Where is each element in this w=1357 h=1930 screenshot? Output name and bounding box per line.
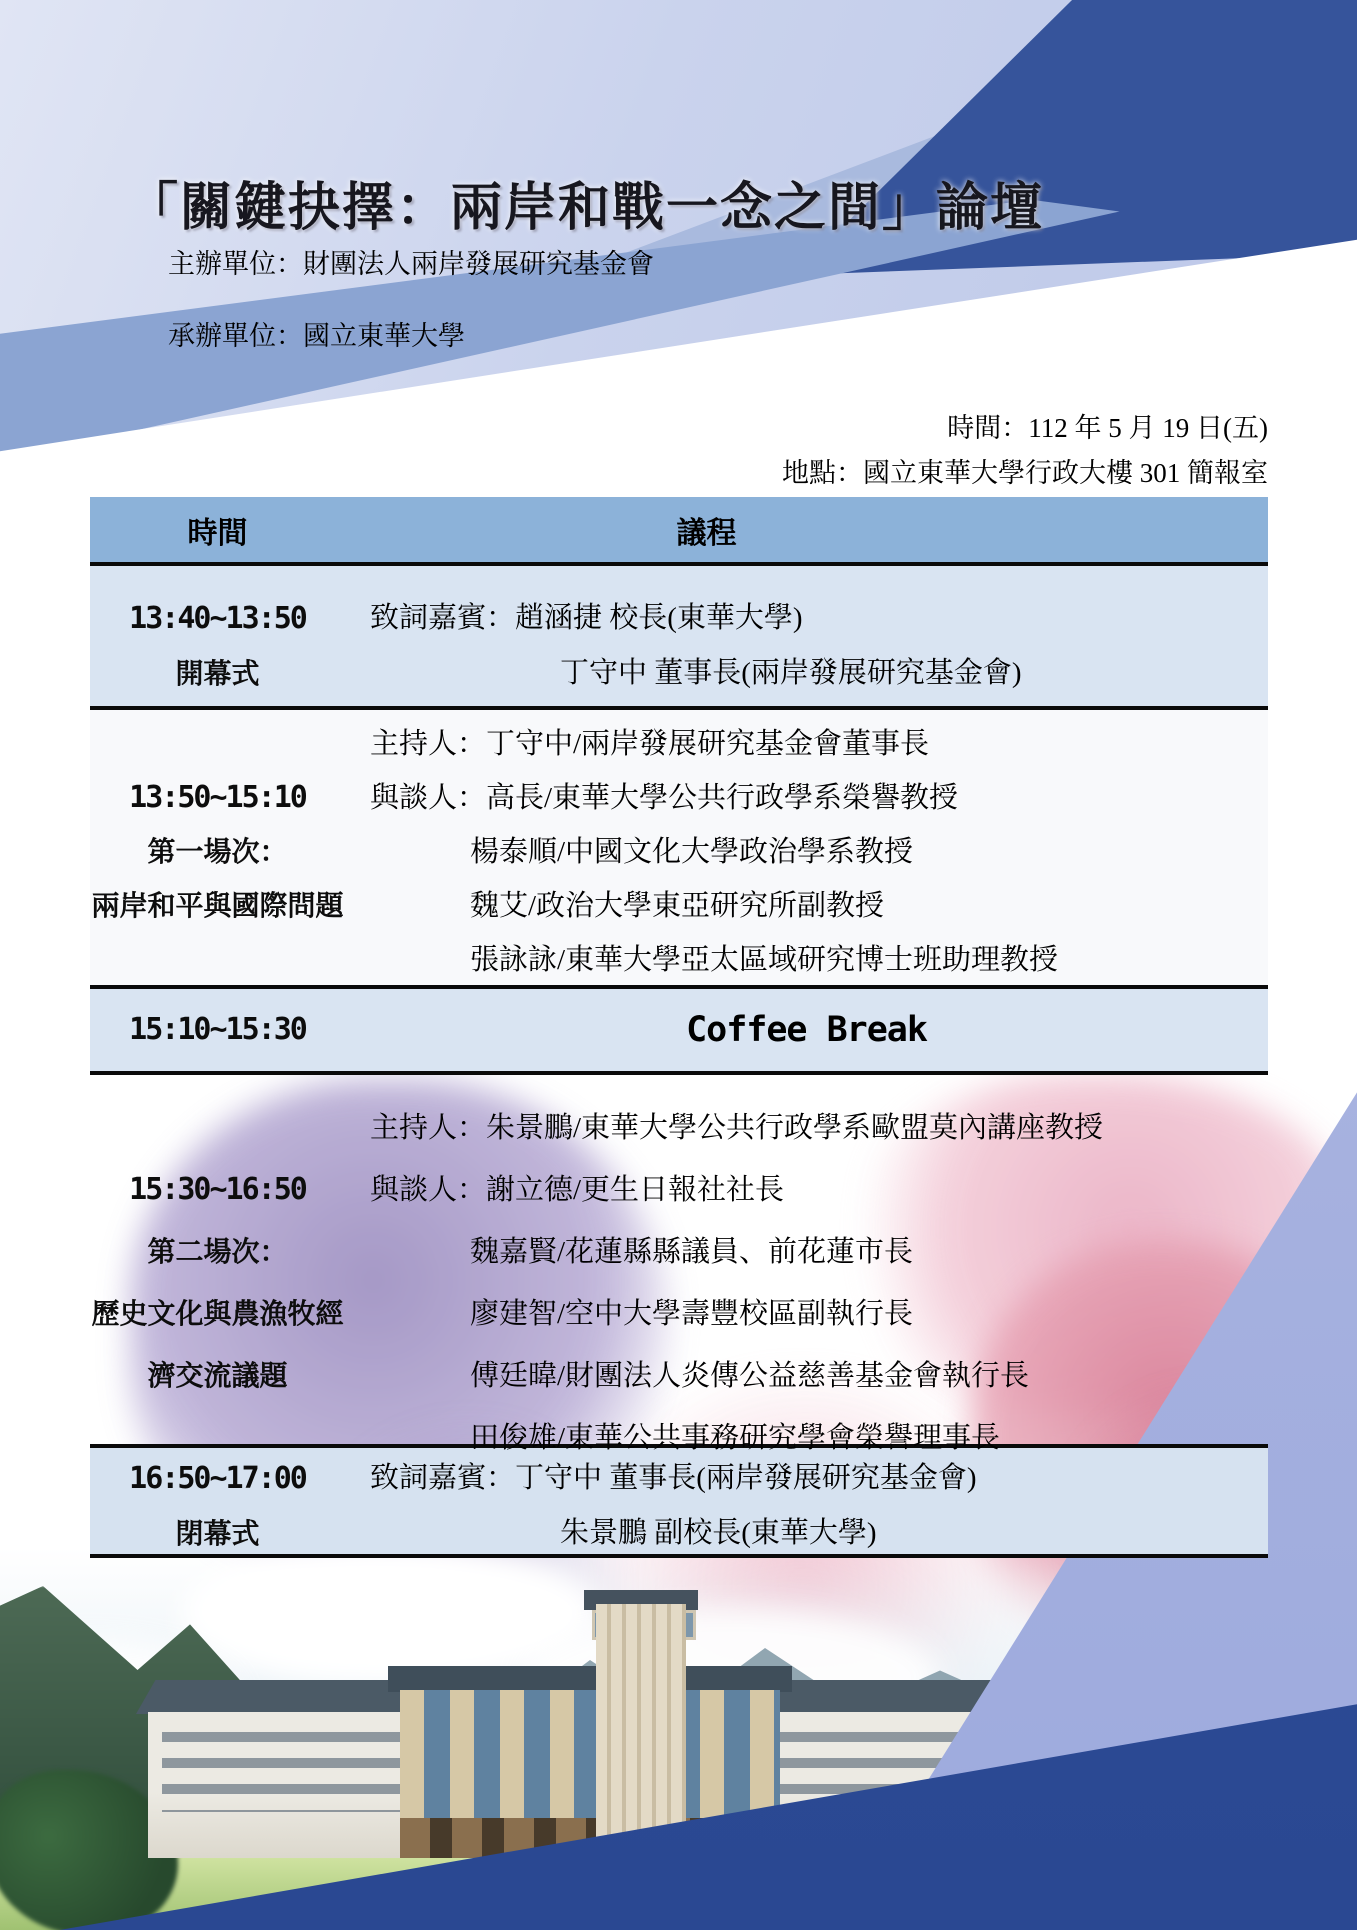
forum-poster-page: 「關鍵抉擇：兩岸和戰一念之間」論壇 主辦單位：財團法人兩岸發展研究基金會 承辦單… [0,0,1357,1930]
session-time: 15:10~15:30 [90,989,345,1071]
agenda-line: 主持人：朱景鵬/東華大學公共行政學系歐盟莫內講座教授 [345,1097,1268,1159]
session-time: 15:30~16:50 [90,1159,345,1221]
table-header-row: 時間 議程 [90,497,1268,566]
event-location-line: 地點：國立東華大學行政大樓 301 簡報室 [782,451,1268,496]
session-label: 閉幕式 [90,1506,345,1561]
agenda-line: 朱景鵬 副校長(東華大學) [345,1506,1268,1561]
session-label: 歷史文化與農漁牧經 [90,1283,345,1345]
session-label: 開幕式 [90,646,345,701]
co-organizer-line: 承辦單位：國立東華大學 [168,300,654,372]
event-time-line: 時間：112 年 5 月 19 日(五) [782,406,1268,451]
agenda-line: 致詞嘉賓：趙涵捷 校長(東華大學) [345,591,1268,646]
photo-windows [162,1732,434,1812]
agenda-line: 魏嘉賢/花蓮縣縣議員、前花蓮市長 [345,1221,1268,1283]
agenda-line: 魏艾/政治大學東亞研究所副教授 [345,879,1268,933]
agenda-line: 與談人：高長/東華大學公共行政學系榮譽教授 [345,771,1268,825]
agenda-line: 楊泰順/中國文化大學政治學系教授 [345,825,1268,879]
agenda-line: 致詞嘉賓：丁守中 董事長(兩岸發展研究基金會) [345,1451,1268,1506]
session-time: 13:40~13:50 [90,591,345,646]
agenda-line: 主持人：丁守中/兩岸發展研究基金會董事長 [345,717,1268,771]
table-row: 15:10~15:30 Coffee Break [90,989,1268,1075]
session-label: 第二場次： [90,1221,345,1283]
header-agenda: 議程 [345,508,1268,552]
organizer-block: 主辦單位：財團法人兩岸發展研究基金會 承辦單位：國立東華大學 [168,228,654,372]
coffee-break-label: Coffee Break [345,989,1268,1071]
agenda-line: 傅廷暐/財團法人炎傳公益慈善基金會執行長 [345,1345,1268,1407]
agenda-line: 與談人：謝立德/更生日報社社長 [345,1159,1268,1221]
photo-center-roof [388,1666,792,1692]
session-label: 濟交流議題 [90,1345,345,1407]
agenda-line: 張詠詠/東華大學亞太區域研究博士班助理教授 [345,933,1268,987]
agenda-line: 丁守中 董事長(兩岸發展研究基金會) [345,646,1268,701]
host-organizer-line: 主辦單位：財團法人兩岸發展研究基金會 [168,228,654,300]
session-label: 兩岸和平與國際問題 [90,879,345,933]
session-label: 第一場次： [90,825,345,879]
table-row: 15:30~16:50 第二場次： 歷史文化與農漁牧經 濟交流議題 主持人：朱景… [90,1075,1268,1448]
agenda-table: 時間 議程 13:40~13:50 開幕式 致詞嘉賓：趙涵捷 校長(東華大學) … [90,497,1268,1558]
agenda-line: 廖建智/空中大學壽豐校區副執行長 [345,1283,1268,1345]
event-meta-block: 時間：112 年 5 月 19 日(五) 地點：國立東華大學行政大樓 301 簡… [782,406,1268,496]
header-time: 時間 [90,508,345,552]
table-row: 13:40~13:50 開幕式 致詞嘉賓：趙涵捷 校長(東華大學) 丁守中 董事… [90,566,1268,710]
table-row: 13:50~15:10 第一場次： 兩岸和平與國際問題 主持人：丁守中/兩岸發展… [90,710,1268,989]
table-row: 16:50~17:00 閉幕式 致詞嘉賓：丁守中 董事長(兩岸發展研究基金會) … [90,1448,1268,1558]
session-time: 16:50~17:00 [90,1451,345,1506]
session-time: 13:50~15:10 [90,771,345,825]
